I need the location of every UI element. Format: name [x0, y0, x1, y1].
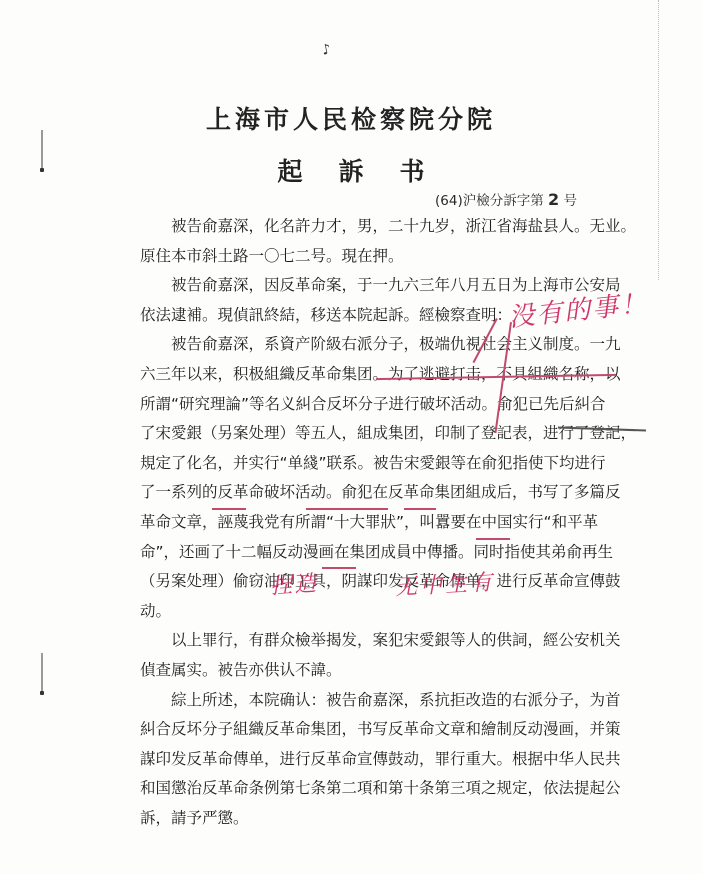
text-line: 原住本市斜土路一〇七二号。現在押。 [140, 242, 660, 272]
handwritten-note-fabricated: 捏造 [269, 566, 319, 600]
red-underline-ten-crimes [306, 508, 388, 510]
text-line: 糾合反坏分子組織反革命集团，书写反革命文章和繪制反动漫画，并策 [140, 715, 660, 745]
header-ink-mark: ♪ [320, 41, 332, 59]
text-line: 綜上所述，本院确认：被告俞嘉深，系抗拒改造的右派分子，为首 [140, 686, 660, 716]
red-underline-instigate [476, 538, 510, 540]
binding-hole-mark-bottom [41, 653, 43, 693]
doc-number-value: 2 [548, 190, 559, 209]
text-line: 被告俞嘉深，化名許力才，男，二十九岁，浙江省海盐县人。无业。 [140, 212, 660, 242]
document-subtitle: 起訴书 [0, 152, 702, 188]
text-line: 訴，請予严懲。 [140, 804, 660, 834]
text-line: 命”，还画了十二幅反动漫画在集团成員中傳播。同时指使其弟俞再生 [140, 538, 660, 568]
text-line: 謀印发反革命傳单，进行反革命宣傳鼓动，罪行重大。根据中华人民共 [140, 745, 660, 775]
red-underline-clamor [404, 508, 436, 510]
text-line: 了一系列的反革命破坏活动。俞犯在反革命集团組成后，书写了多篇反 [140, 478, 660, 508]
text-line: 和国懲治反革命条例第七条第二項和第十条第三項之规定，依法提起公 [140, 774, 660, 804]
red-underline-conspire [322, 567, 356, 569]
text-line: 偵查属实。被告亦供认不諱。 [140, 656, 660, 686]
text-line: 革命文章，誣蔑我党有所謂“十大罪狀”，叫囂要在中国实行“和平革 [140, 508, 660, 538]
doc-number-suffix: 号 [563, 193, 577, 209]
document-number: (64)沪檢分訴字第 2 号 [435, 189, 577, 209]
text-line: 所謂“研究理論”等名义糾合反坏分子进行破坏活动。俞犯已先后糾合 [140, 390, 660, 420]
document-title: 上海市人民检察院分院 [0, 100, 702, 136]
text-line: 被告俞嘉深，系資产阶級右派分子，极端仇視社会主义制度。一九 [140, 330, 660, 360]
handwritten-note-groundless: 无中生有 [394, 565, 496, 601]
text-line: 規定了化名，并实行“单綫”联系。被告宋愛銀等在俞犯指使下均进行 [140, 449, 660, 479]
text-line: 以上罪行，有群众檢举揭发，案犯宋愛銀等人的供詞，經公安机关 [140, 626, 660, 656]
text-line: 了宋愛銀（另案处理）等五人，組成集团，印制了登記表，进行了登記， [140, 419, 660, 449]
scanned-document-page: ♪ 上海市人民检察院分院 起訴书 (64)沪檢分訴字第 2 号 被告俞嘉深，化名… [0, 0, 702, 874]
red-underline-slander [212, 508, 246, 510]
doc-number-prefix: (64)沪檢分訴字第 [435, 193, 544, 209]
